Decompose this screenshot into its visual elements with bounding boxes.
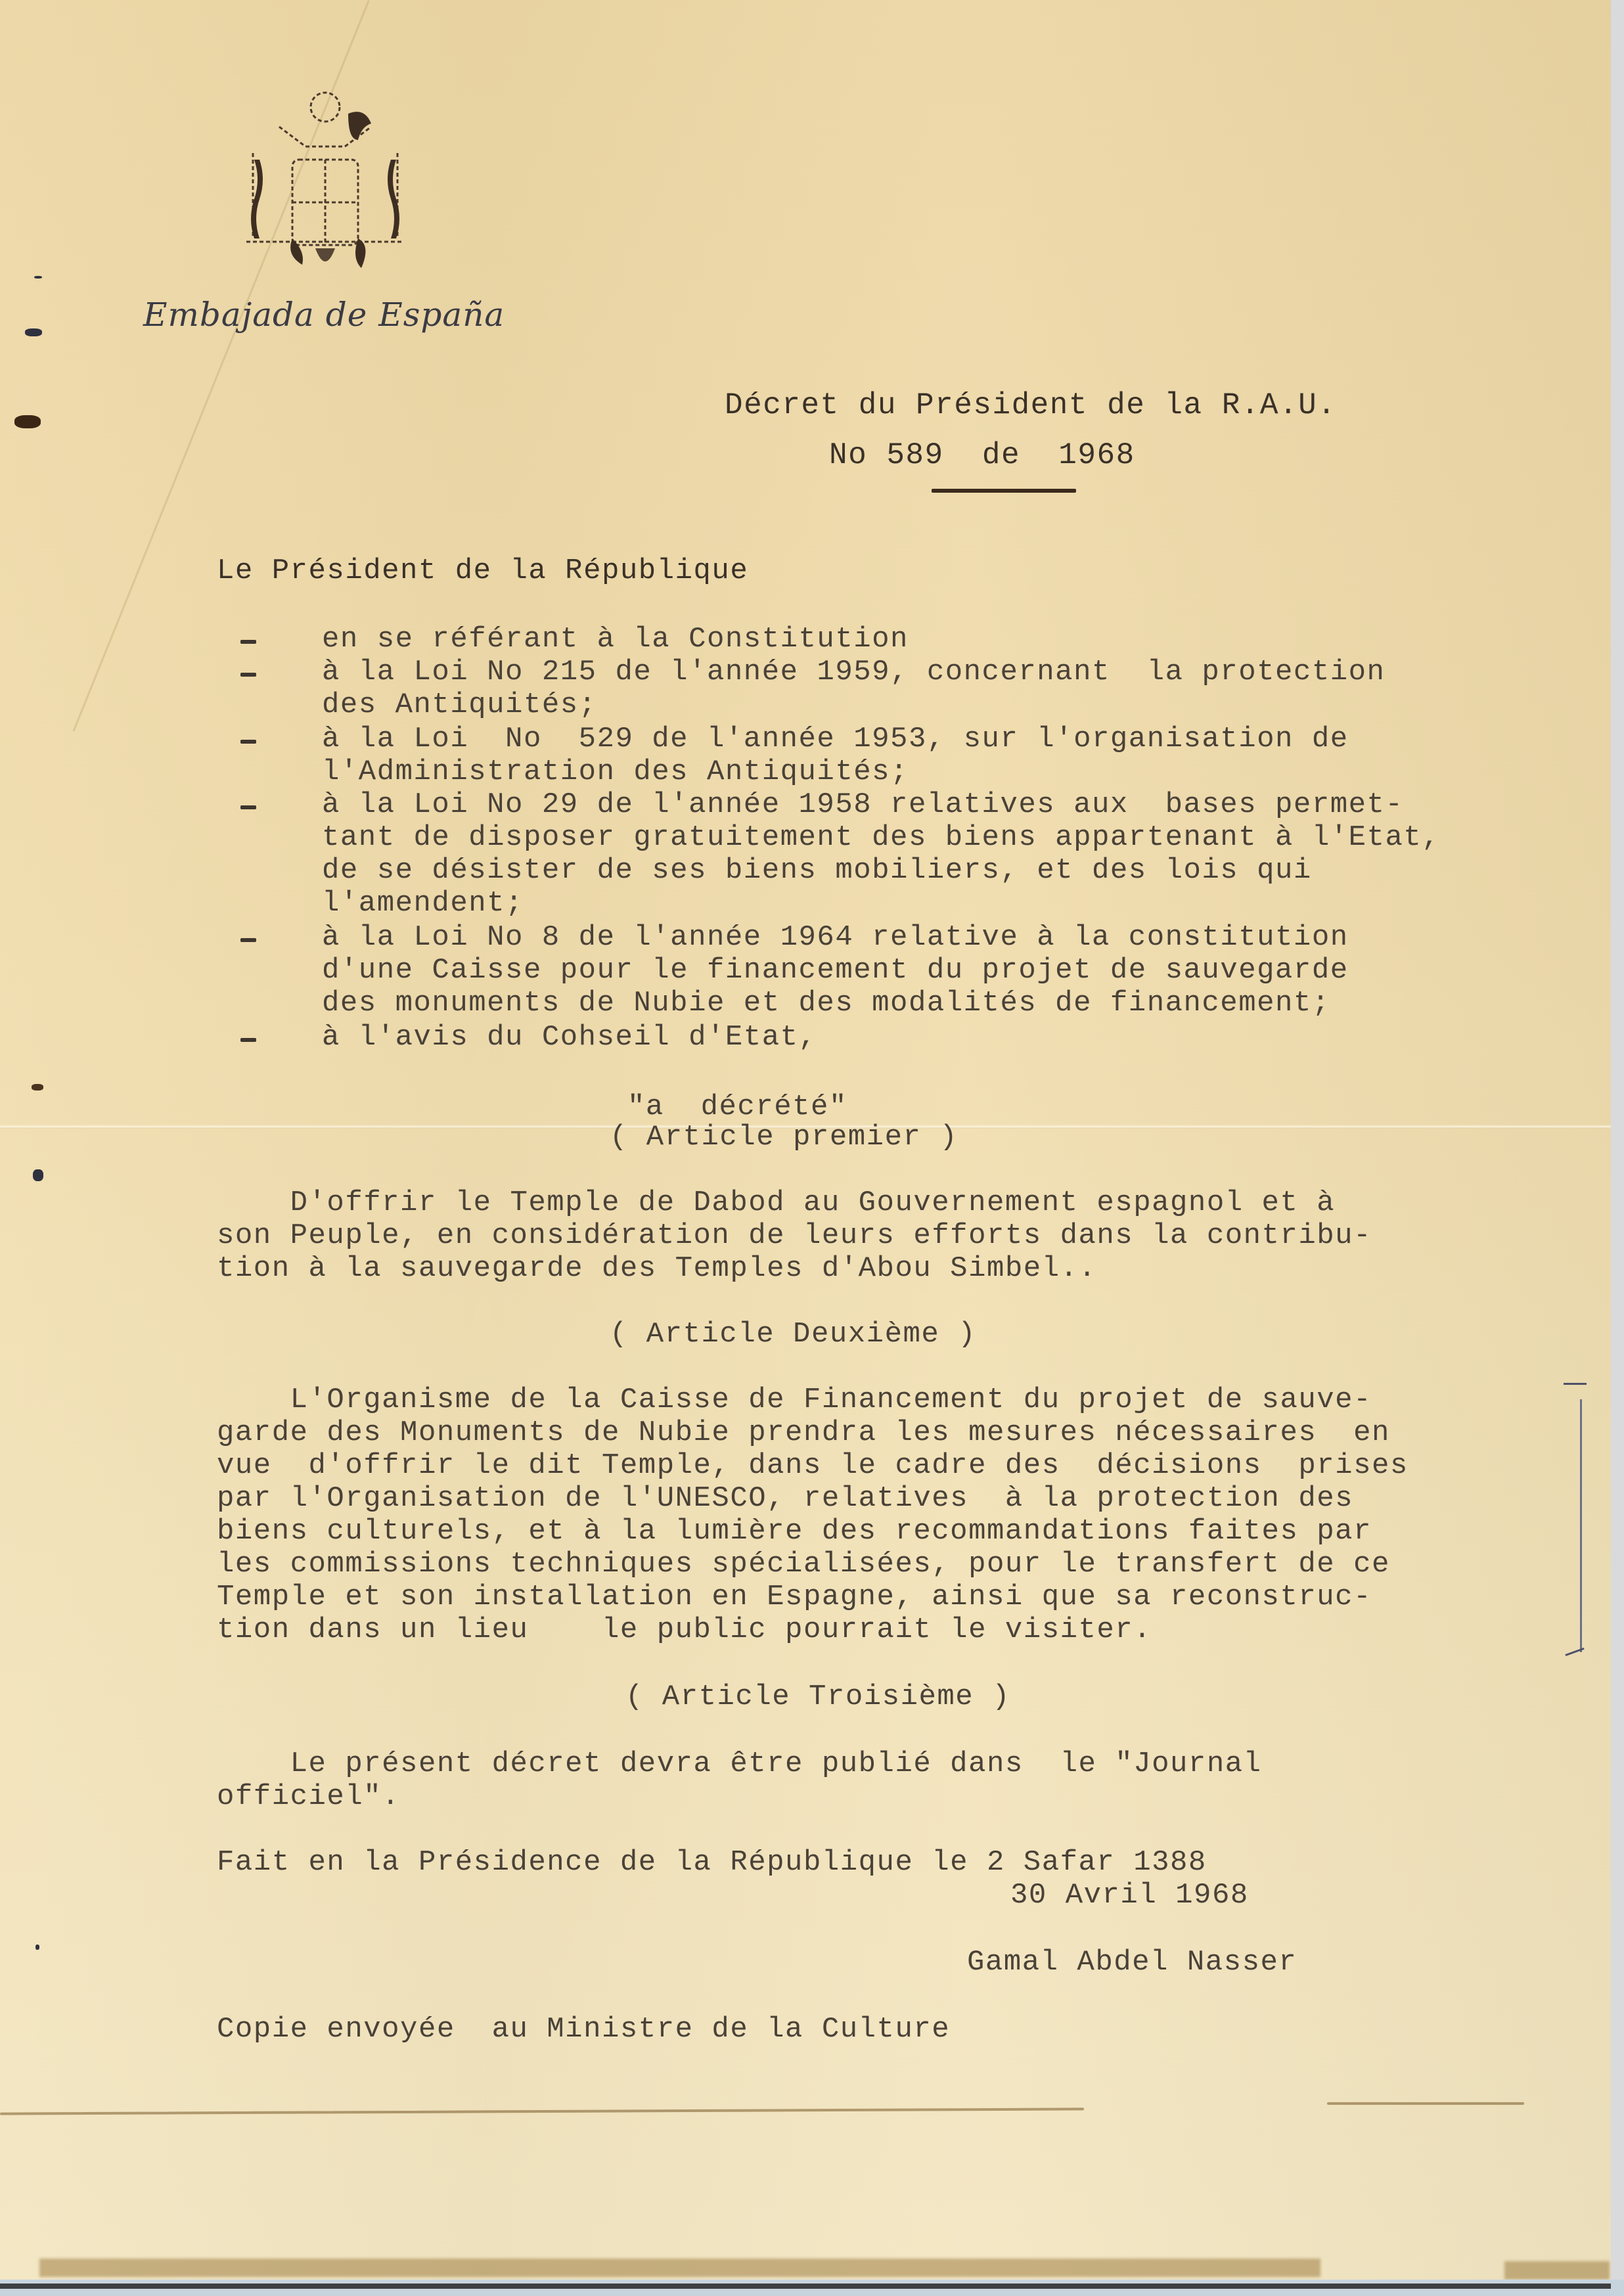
consideration-line: à la Loi No 8 de l'année 1964 relative à…	[322, 921, 1349, 954]
consideration-line: en se référant à la Constitution	[322, 623, 909, 656]
consideration-line: des monuments de Nubie et des modalités …	[322, 987, 1330, 1020]
margin-mark	[32, 1084, 43, 1091]
pencil-mark	[1564, 1383, 1587, 1385]
pencil-bracket	[1580, 1399, 1585, 1652]
decreed-label: "a décrété"	[627, 1091, 847, 1123]
consideration-line: l'amendent;	[322, 887, 524, 920]
consideration-line: à la Loi No 215 de l'année 1959, concern…	[322, 656, 1385, 688]
article-line: biens culturels, et à la lumière des rec…	[217, 1515, 1372, 1548]
article-line: D'offrir le Temple de Dabod au Gouvernem…	[217, 1186, 1335, 1219]
paper-stain	[0, 2107, 1084, 2115]
list-dash	[240, 938, 256, 942]
consideration-line: d'une Caisse pour le financement du proj…	[322, 954, 1349, 987]
paper-stain	[39, 2259, 1320, 2277]
article-line: officiel".	[217, 1780, 400, 1813]
article-heading: ( Article Troisième )	[625, 1680, 1010, 1713]
article-line: Temple et son installation en Espagne, a…	[217, 1581, 1372, 1613]
article-line: tion à la sauvegarde des Temples d'Abou …	[217, 1252, 1096, 1285]
article-heading: ( Article premier )	[610, 1121, 958, 1154]
document-page: Embajada de España Décret du Président d…	[0, 0, 1611, 2280]
consideration-line: des Antiquités;	[322, 688, 597, 721]
consideration-line: de se désister de ses biens mobiliers, e…	[322, 854, 1312, 887]
consideration-line: l'Administration des Antiquités;	[322, 755, 909, 788]
article-line: Le présent décret devra être publié dans…	[217, 1747, 1262, 1780]
list-dash	[240, 673, 256, 677]
place-and-hijri-date: Fait en la Présidence de la République l…	[217, 1846, 1207, 1879]
article-heading: ( Article Deuxième )	[610, 1318, 976, 1351]
paper-stain	[1504, 2261, 1610, 2280]
list-dash	[240, 805, 256, 809]
decree-title: Décret du Président de la R.A.U.	[725, 389, 1336, 422]
margin-mark	[34, 276, 42, 279]
margin-mark	[25, 328, 42, 336]
article-line: garde des Monuments de Nubie prendra les…	[217, 1416, 1390, 1449]
preamble-opening: Le Président de la République	[217, 554, 748, 587]
margin-mark	[35, 1945, 39, 1950]
list-dash	[240, 740, 256, 744]
article-line: vue d'offrir le dit Temple, dans le cadr…	[217, 1449, 1409, 1482]
scan-edge	[1611, 0, 1624, 2296]
consideration-line: à la Loi No 29 de l'année 1958 relatives…	[322, 788, 1403, 821]
article-line: les commissions techniques spécialisées,…	[217, 1548, 1390, 1581]
decree-number: No 589 de 1968	[829, 439, 1135, 472]
embassy-name: Embajada de España	[143, 296, 505, 334]
article-line: son Peuple, en considération de leurs ef…	[217, 1219, 1372, 1252]
scan-edge-shadow	[0, 2284, 1611, 2289]
article-line: par l'Organisation de l'UNESCO, relative…	[217, 1482, 1353, 1515]
article-line: L'Organisme de la Caisse de Financement …	[217, 1384, 1372, 1416]
consideration-line: tant de disposer gratuitement des biens …	[322, 821, 1440, 854]
consideration-line: à l'avis du Cohseil d'Etat,	[322, 1021, 817, 1054]
margin-mark	[33, 1169, 43, 1181]
paper-stain	[1327, 2102, 1524, 2105]
article-line: tion dans un lieu le public pourrait le …	[217, 1613, 1152, 1646]
margin-mark	[14, 415, 41, 428]
consideration-line: à la Loi No 529 de l'année 1953, sur l'o…	[322, 723, 1349, 755]
gregorian-date: 30 Avril 1968	[1010, 1879, 1249, 1912]
signatory-name: Gamal Abdel Nasser	[967, 1946, 1297, 1979]
heading-underline	[932, 489, 1076, 493]
coat-of-arms-icon	[233, 87, 417, 278]
copy-note: Copie envoyée au Ministre de la Culture	[217, 2013, 950, 2046]
list-dash	[240, 1038, 256, 1042]
list-dash	[240, 640, 256, 644]
